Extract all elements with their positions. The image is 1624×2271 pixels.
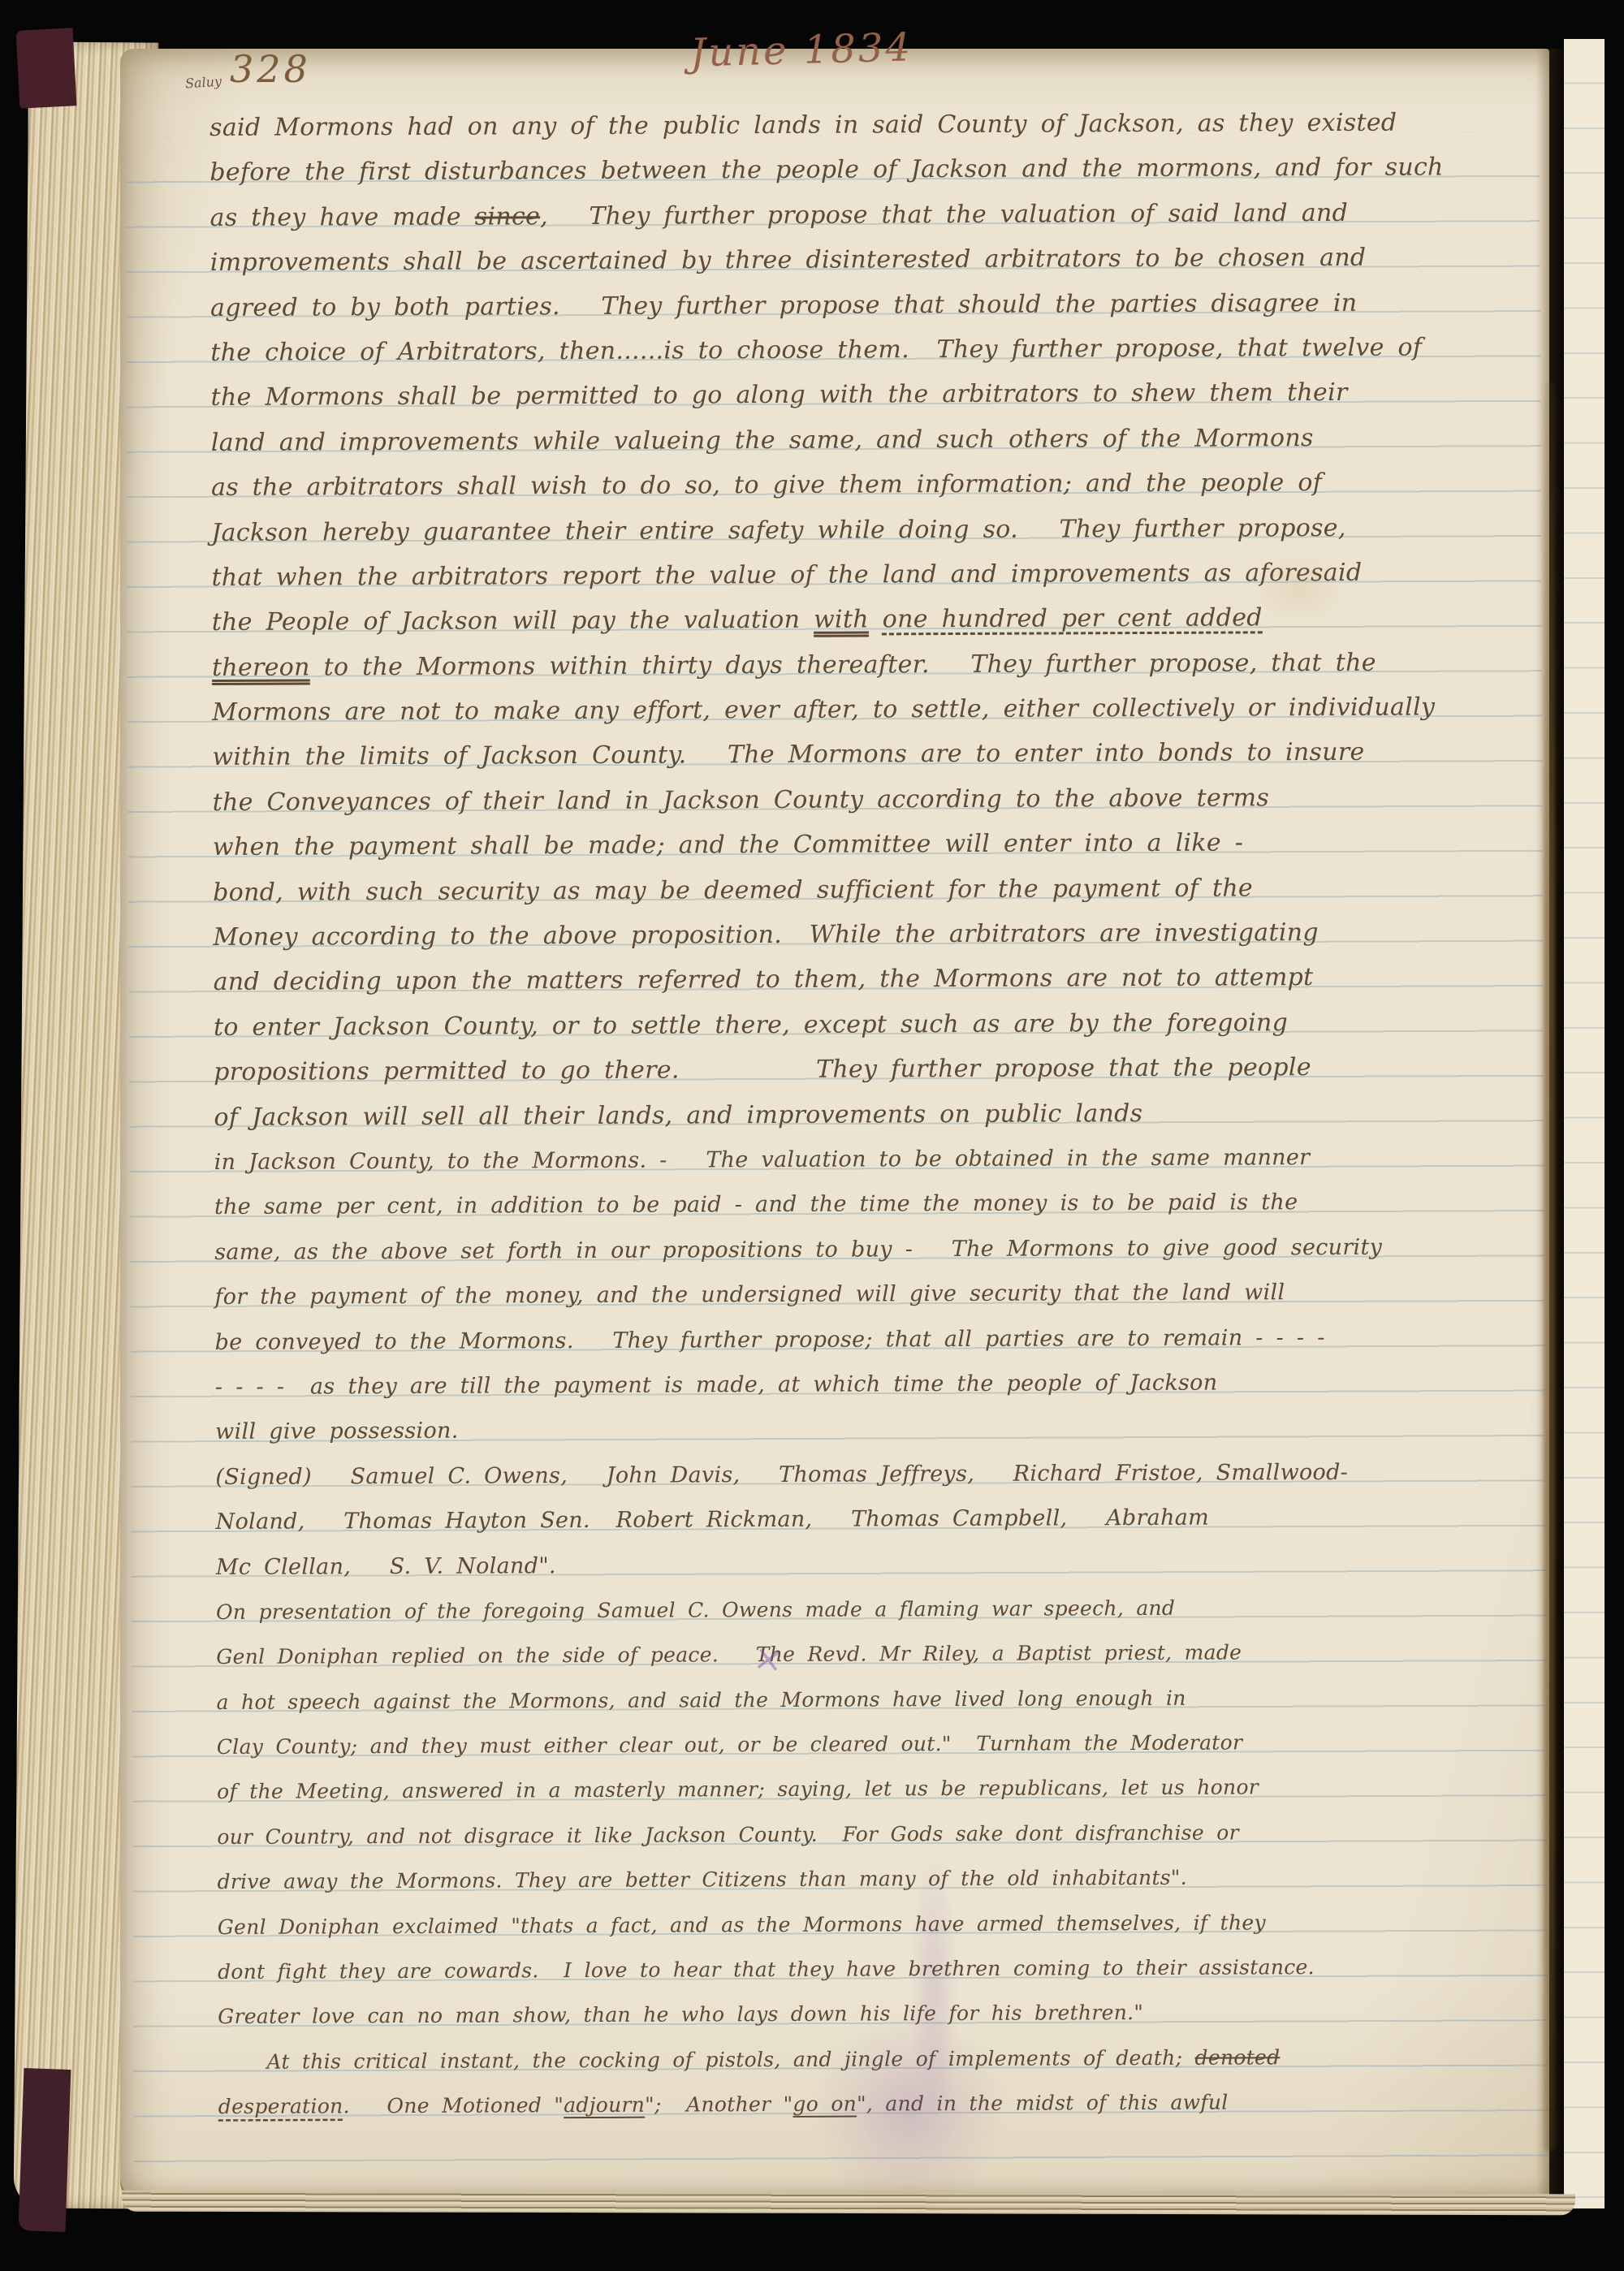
foxing-stain — [1250, 552, 1348, 625]
manuscript-text-segment: will give possession. — [215, 1418, 459, 1444]
manuscript-text-segment: drive away the Mormons. They are better … — [217, 1866, 1187, 1893]
manuscript-text-segment: be conveyed to the Mormons. They further… — [215, 1325, 1325, 1355]
manuscript-text-segment: improvements shall be ascertained by thr… — [210, 244, 1367, 277]
manuscript-line: in Jackson County, to the Mormons. - The… — [214, 1134, 1546, 1185]
manuscript-text-segment: the same per cent, in addition to be pai… — [214, 1190, 1298, 1220]
manuscript-text-segment: with — [814, 606, 869, 634]
manuscript-text-segment: said Mormons had on any of the public la… — [209, 109, 1397, 142]
manuscript-text-segment: same, as the above set forth in our prop… — [214, 1234, 1382, 1264]
manuscript-line: a hot speech against the Mormons, and sa… — [216, 1673, 1548, 1725]
manuscript-line: (Signed) Samuel C. Owens, John Davis, Th… — [215, 1449, 1547, 1500]
manuscript-line: before the first disturbances between th… — [209, 145, 1541, 196]
manuscript-line: the choice of Arbitrators, then......is … — [210, 325, 1542, 376]
manuscript-line: propositions permitted to go there. They… — [214, 1044, 1545, 1095]
manuscript-line: said Mormons had on any of the public la… — [209, 100, 1541, 151]
manuscript-text-segment: bond, with such security as may be deeme… — [213, 874, 1253, 907]
manuscript-text-segment: propositions permitted to go there. They… — [214, 1053, 1311, 1086]
purple-ink-streak — [909, 1851, 958, 2119]
manuscript-line: Mormons are not to make any effort, ever… — [212, 684, 1544, 736]
manuscript-text-segment: that when the arbitrators report the val… — [211, 559, 1362, 592]
manuscript-text-segment: to the Mormons within thirty days therea… — [310, 648, 1376, 681]
manuscript-line: of Jackson will sell all their lands, an… — [214, 1089, 1545, 1140]
manuscript-text-segment: . One Motioned " — [343, 2093, 564, 2118]
book-cover-bottom-corner — [19, 2068, 71, 2232]
manuscript-line: as the arbitrators shall wish to do so, … — [211, 460, 1543, 511]
manuscript-text-segment: desperation — [218, 2094, 343, 2118]
manuscript-lines: said Mormons had on any of the public la… — [209, 100, 1550, 2130]
manuscript-text-segment: Money according to the above proposition… — [213, 918, 1318, 952]
manuscript-text-segment: On presentation of the foregoing Samuel … — [216, 1596, 1175, 1624]
manuscript-text-segment: the People of Jackson will pay the valua… — [212, 606, 814, 637]
manuscript-text-segment: (Signed) Samuel C. Owens, John Davis, Th… — [215, 1460, 1348, 1490]
manuscript-line: same, as the above set forth in our prop… — [214, 1224, 1546, 1276]
manuscript-text-segment: Clay County; and they must either clear … — [217, 1731, 1243, 1759]
manuscript-text-segment: - - - - as they are till the payment is … — [215, 1371, 1218, 1400]
manuscript-line: land and improvements while valueing the… — [211, 415, 1543, 466]
manuscript-text-segment: Genl Doniphan replied on the side of pea… — [216, 1641, 1242, 1669]
manuscript-line: drive away the Mormons. They are better … — [217, 1854, 1548, 1905]
manuscript-line: within the limits of Jackson County. The… — [212, 729, 1544, 780]
manuscript-line: Mc Clellan, S. V. Noland". — [216, 1539, 1548, 1590]
manuscript-text-segment: and deciding upon the matters referred t… — [214, 964, 1314, 997]
manuscript-line: - - - - as they are till the payment is … — [215, 1359, 1547, 1410]
manuscript-line: Jackson hereby guarantee their entire sa… — [211, 504, 1543, 555]
manuscript-line: bond, with such security as may be deeme… — [213, 864, 1544, 915]
manuscript-line: for the payment of the money, and the un… — [214, 1269, 1546, 1320]
manuscript-text-segment: denoted — [1194, 2045, 1280, 2069]
manuscript-line: improvements shall be ascertained by thr… — [210, 235, 1542, 286]
manuscript-text-segment: in Jackson County, to the Mormons. - The… — [214, 1145, 1311, 1175]
manuscript-text-segment: agreed to by both parties. They further … — [210, 288, 1357, 322]
manuscript-text-segment: when the payment shall be made; and the … — [213, 829, 1243, 862]
book-cover-top-corner — [16, 28, 77, 109]
manuscript-line: agreed to by both parties. They further … — [210, 279, 1542, 330]
manuscript-text-segment: of the Meeting, answered in a masterly m… — [217, 1776, 1259, 1804]
photograph-of-open-journal: Saluy 328 June 1834 said Mormons had on … — [0, 0, 1624, 2271]
manuscript-line: the same per cent, in addition to be pai… — [214, 1179, 1546, 1230]
manuscript-line: dont fight they are cowards. I love to h… — [218, 1944, 1549, 1995]
manuscript-line: Clay County; and they must either clear … — [217, 1719, 1548, 1770]
purple-x-mark: × — [751, 1637, 787, 1682]
manuscript-text-segment: dont fight they are cowards. I love to h… — [218, 1955, 1315, 1984]
manuscript-line: the Conveyances of their land in Jackson… — [213, 775, 1544, 826]
manuscript-line: Money according to the above proposition… — [213, 909, 1544, 961]
facing-page-sliver — [1564, 39, 1605, 2208]
manuscript-text-segment: At this critical instant, the cocking of… — [266, 2046, 1194, 2074]
page-number: 328 — [230, 47, 311, 91]
manuscript-line: the Mormons shall be permitted to go alo… — [210, 369, 1542, 421]
margin-note: Saluy — [184, 73, 222, 91]
manuscript-text-segment: the Mormons shall be permitted to go alo… — [210, 378, 1347, 412]
manuscript-text-segment: "; Another " — [645, 2092, 793, 2117]
manuscript-text-segment: , They further propose that the valuatio… — [540, 199, 1348, 231]
manuscript-line: Genl Doniphan exclaimed "thats a fact, a… — [218, 1898, 1549, 1949]
manuscript-text-segment: as they have made — [210, 202, 475, 231]
manuscript-text-segment: Jackson hereby guarantee their entire sa… — [211, 513, 1345, 546]
manuscript-line: our Country, and not disgrace it like Ja… — [217, 1809, 1548, 1860]
manuscript-text-segment: before the first disturbances between th… — [209, 153, 1443, 188]
manuscript-text-segment: Genl Doniphan exclaimed "thats a fact, a… — [218, 1910, 1266, 1939]
manuscript-line: as they have made since, They further pr… — [209, 190, 1541, 241]
manuscript-text-segment: land and improvements while valueing the… — [211, 424, 1314, 457]
manuscript-line: when the payment shall be made; and the … — [213, 819, 1544, 870]
manuscript-text-segment: Mc Clellan, S. V. Noland". — [216, 1553, 556, 1580]
manuscript-text-segment: within the limits of Jackson County. The… — [212, 738, 1364, 771]
manuscript-line: and deciding upon the matters referred t… — [214, 954, 1545, 1005]
manuscript-text-segment: since — [475, 202, 541, 231]
manuscript-line: Noland, Thomas Hayton Sen. Robert Rickma… — [215, 1494, 1547, 1545]
manuscript-text-segment: to enter Jackson County, or to settle th… — [214, 1008, 1288, 1042]
manuscript-text-segment — [869, 606, 883, 634]
manuscript-text-segment: of Jackson will sell all their lands, an… — [214, 1099, 1142, 1132]
manuscript-line: Genl Doniphan replied on the side of pea… — [216, 1629, 1548, 1680]
manuscript-text-segment: Noland, Thomas Hayton Sen. Robert Rickma… — [216, 1505, 1210, 1535]
manuscript-text-segment: Mormons are not to make any effort, ever… — [212, 693, 1435, 727]
manuscript-text-segment: for the payment of the money, and the un… — [214, 1280, 1285, 1310]
manuscript-line: On presentation of the foregoing Samuel … — [216, 1584, 1548, 1635]
date-heading: June 1834 — [689, 24, 913, 76]
manuscript-text-segment: the choice of Arbitrators, then......is … — [210, 333, 1422, 367]
manuscript-text-segment: thereon — [212, 653, 310, 682]
manuscript-line: of the Meeting, answered in a masterly m… — [217, 1764, 1548, 1815]
manuscript-line: will give possession. — [215, 1404, 1547, 1455]
manuscript-text-segment: adjourn — [564, 2093, 645, 2117]
manuscript-text-segment: one hundred per cent added — [883, 604, 1263, 634]
manuscript-text-segment: as the arbitrators shall wish to do so, … — [211, 468, 1322, 502]
manuscript-text-segment: the Conveyances of their land in Jackson… — [213, 784, 1269, 817]
manuscript-line: thereon to the Mormons within thirty day… — [212, 640, 1544, 691]
manuscript-text-segment: our Country, and not disgrace it like Ja… — [217, 1820, 1239, 1848]
manuscript-line: to enter Jackson County, or to settle th… — [214, 999, 1545, 1051]
manuscript-text-segment: a hot speech against the Mormons, and sa… — [217, 1686, 1186, 1713]
manuscript-line: be conveyed to the Mormons. They further… — [215, 1314, 1547, 1365]
